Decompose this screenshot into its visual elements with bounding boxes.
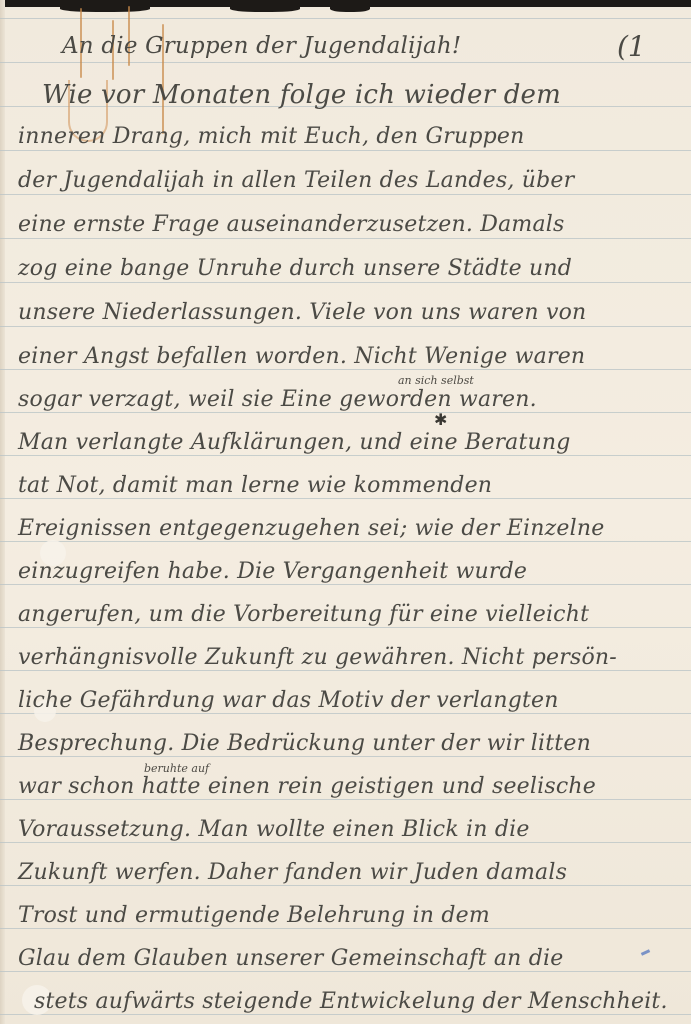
letter-line-2: inneren Drang, mich mit Euch, den Gruppe… (18, 124, 525, 149)
page-number: (1 (617, 30, 646, 63)
ruled-line (0, 756, 691, 757)
letter-line-9: Man verlangte Aufklärungen, und eine Ber… (18, 430, 571, 455)
letter-page: (1 An die Gruppen der Jugendalijah! Wie … (0, 0, 691, 1024)
letter-line-10: tat Not, damit man lerne wie kommenden (18, 473, 492, 498)
ruled-line (0, 842, 691, 843)
letter-line-1: Wie vor Monaten folge ich wieder dem (42, 80, 561, 110)
ruled-line (0, 670, 691, 671)
ruled-line (0, 1014, 691, 1015)
edge-notch (230, 4, 300, 12)
ruled-line (0, 541, 691, 542)
ruled-line (0, 282, 691, 283)
paper-left-edge (0, 0, 5, 1024)
letter-line-13: angerufen, um die Vorbereitung für eine … (18, 602, 589, 627)
ruled-line (0, 584, 691, 585)
letter-line-4: eine ernste Frage auseinanderzusetzen. D… (18, 212, 565, 237)
letter-line-11: Ereignissen entgegenzugehen sei; wie der… (18, 516, 604, 541)
letter-line-14: verhängnisvolle Zukunft zu gewähren. Nic… (18, 645, 617, 670)
letter-line-17: war schon hatte einen rein geistigen und… (18, 774, 596, 799)
letter-line-7: einer Angst befallen worden. Nicht Wenig… (18, 344, 585, 369)
letter-salutation: An die Gruppen der Jugendalijah! (62, 33, 461, 59)
letter-line-5: zog eine bange Unruhe durch unsere Städt… (18, 256, 572, 281)
letter-line-15: liche Gefährdung war das Motiv der verla… (18, 688, 559, 713)
letter-line-3: der Jugendalijah in allen Teilen des Lan… (18, 168, 574, 193)
edge-notch (330, 4, 370, 12)
ruled-line (0, 928, 691, 929)
ruled-line (0, 885, 691, 886)
ruled-line (0, 799, 691, 800)
blue-ink-mark (641, 949, 650, 956)
ruled-line (0, 194, 691, 195)
torn-top-edge (0, 0, 691, 7)
ruled-line (0, 238, 691, 239)
letter-line-21: Glau dem Glauben unserer Gemeinschaft an… (18, 946, 563, 971)
ruled-line (0, 627, 691, 628)
letter-line-20: Trost und ermutigende Belehrung in dem (18, 903, 490, 928)
letter-line-18: Voraussetzung. Man wollte einen Blick in… (18, 817, 530, 842)
ruled-line (0, 498, 691, 499)
insertion-asterisk: ✱ (434, 410, 447, 429)
ruled-line (0, 150, 691, 151)
letter-line-19: Zukunft werfen. Daher fanden wir Juden d… (18, 860, 567, 885)
letter-line-6: unsere Niederlassungen. Viele von uns wa… (18, 300, 586, 325)
ruled-line (0, 713, 691, 714)
letter-line-12: einzugreifen habe. Die Vergangenheit wur… (18, 559, 527, 584)
ruled-line (0, 326, 691, 327)
ruled-line (0, 455, 691, 456)
letter-line-16: Besprechung. Die Bedrückung unter der wi… (18, 731, 591, 756)
interlinear-insertion: an sich selbst (398, 374, 474, 387)
letter-line-22: stets aufwärts steigende Entwickelung de… (34, 989, 668, 1014)
ruled-line (0, 412, 691, 413)
ruled-line (0, 18, 691, 19)
ruled-line (0, 971, 691, 972)
ruled-line (0, 62, 691, 63)
edge-notch (60, 4, 150, 12)
ruled-line (0, 369, 691, 370)
letter-line-8: sogar verzagt, weil sie Eine geworden wa… (18, 387, 537, 412)
